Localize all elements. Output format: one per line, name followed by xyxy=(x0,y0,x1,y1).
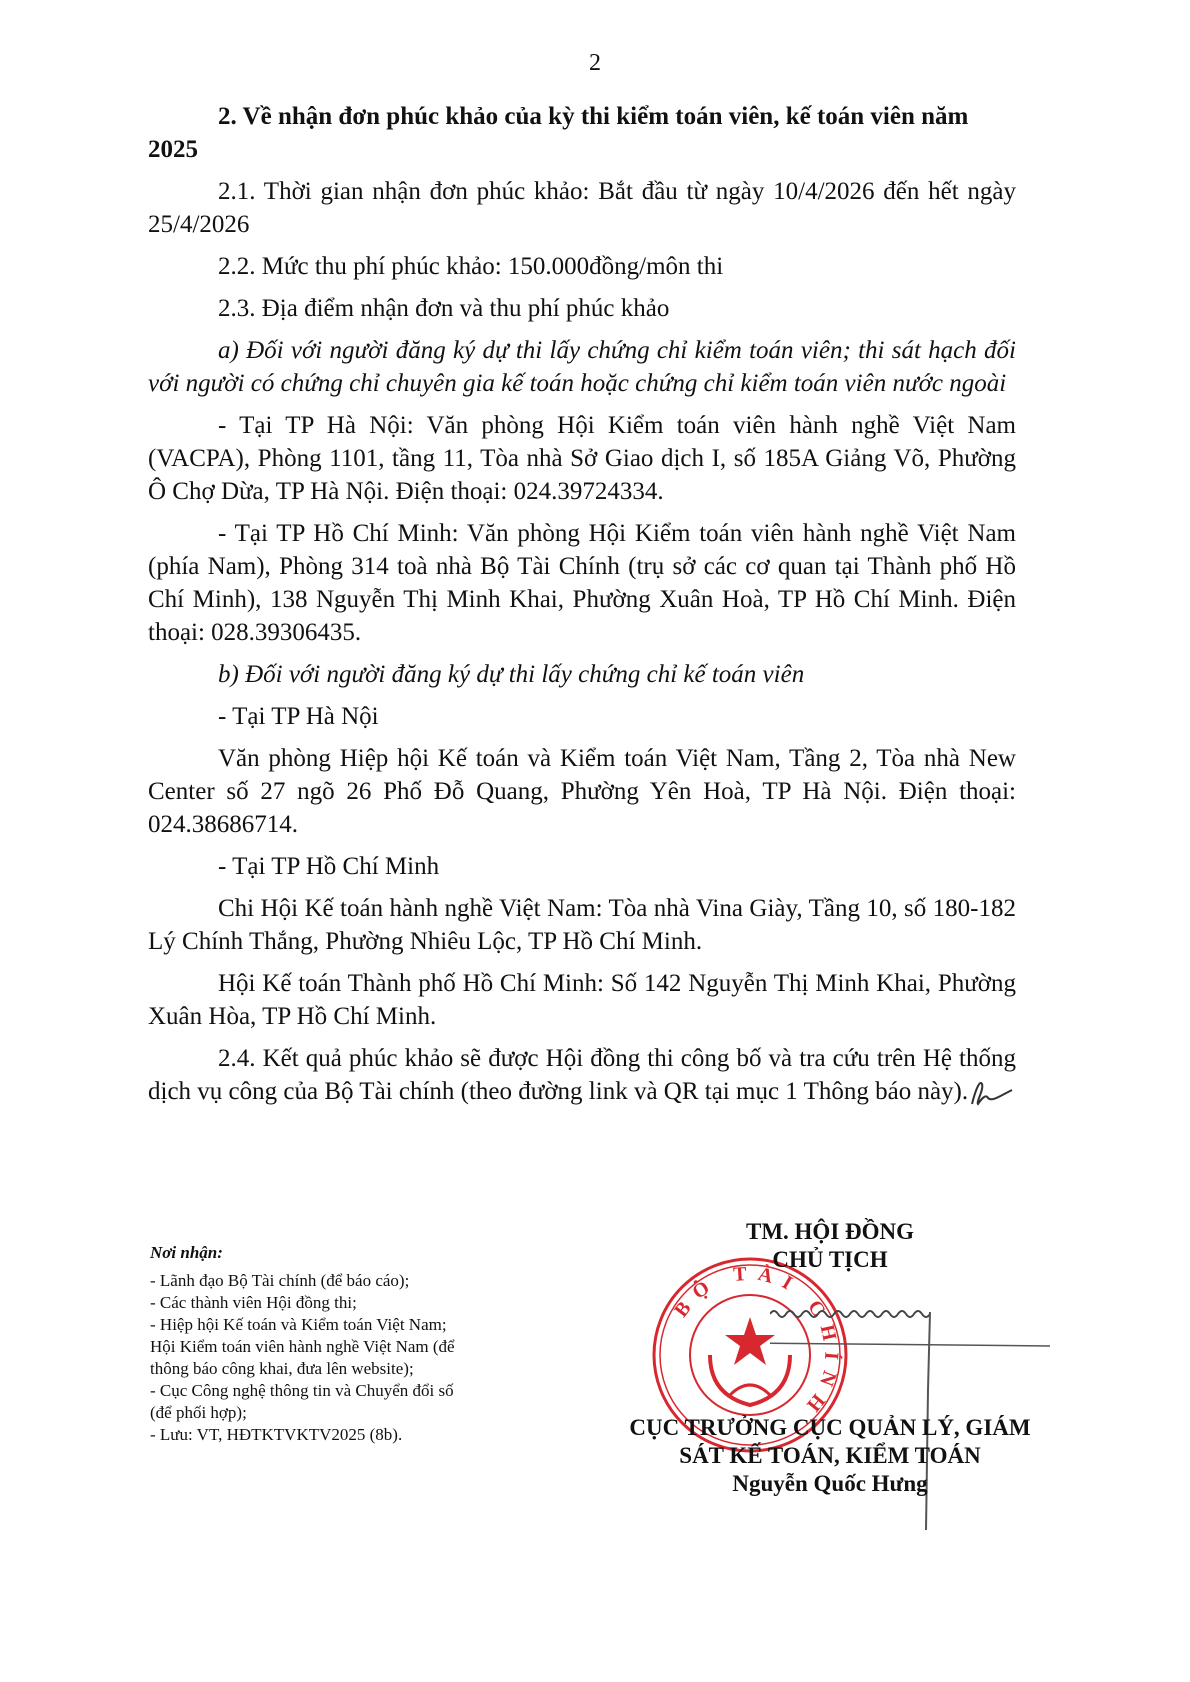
paragraph-2-2: 2.2. Mức thu phí phúc khảo: 150.000đồng/… xyxy=(148,250,1016,283)
subsection-a-hanoi: - Tại TP Hà Nội: Văn phòng Hội Kiểm toán… xyxy=(148,409,1016,508)
subsection-b-hcm-address-1: Chi Hội Kế toán hành nghề Việt Nam: Tòa … xyxy=(148,892,1016,958)
initials-signature-icon xyxy=(968,1078,1014,1108)
paragraph-2-3: 2.3. Địa điểm nhận đơn và thu phí phúc k… xyxy=(148,292,1016,325)
subsection-b-hcm-label: - Tại TP Hồ Chí Minh xyxy=(148,850,1016,883)
recipient-item: Hội Kiểm toán viên hành nghề Việt Nam (đ… xyxy=(150,1336,560,1358)
signer-title-line2: SÁT KẾ TOÁN, KIỂM TOÁN xyxy=(600,1442,1060,1470)
recipient-item: (để phối hợp); xyxy=(150,1402,560,1424)
recipient-item: thông báo công khai, đưa lên website); xyxy=(150,1358,560,1380)
section-heading-line1: 2. Về nhận đơn phúc khảo của kỳ thi kiểm… xyxy=(218,103,968,130)
recipient-item: - Hiệp hội Kế toán và Kiểm toán Việt Nam… xyxy=(150,1314,560,1336)
section-heading-year: 2025 xyxy=(148,133,1016,166)
signer-title-line1: CỤC TRƯỞNG CỤC QUẢN LÝ, GIÁM xyxy=(600,1414,1060,1442)
subsection-b-hcm-address-2: Hội Kế toán Thành phố Hồ Chí Minh: Số 14… xyxy=(148,967,1016,1033)
paragraph-2-4: 2.4. Kết quả phúc khảo sẽ được Hội đồng … xyxy=(148,1042,1016,1108)
signature-role: CHỦ TỊCH xyxy=(600,1246,1060,1274)
signer-name: Nguyễn Quốc Hưng xyxy=(600,1470,1060,1498)
page-number: 2 xyxy=(0,50,1190,77)
subsection-b-hanoi-address: Văn phòng Hiệp hội Kế toán và Kiểm toán … xyxy=(148,742,1016,841)
subsection-b-hanoi-label: - Tại TP Hà Nội xyxy=(148,700,1016,733)
paragraph-2-4-text: 2.4. Kết quả phúc khảo sẽ được Hội đồng … xyxy=(148,1045,1016,1105)
subsection-a-heading: a) Đối với người đăng ký dự thi lấy chứn… xyxy=(148,334,1016,400)
subsection-b-heading: b) Đối với người đăng ký dự thi lấy chứn… xyxy=(148,658,1016,691)
recipient-item: - Lãnh đạo Bộ Tài chính (để báo cáo); xyxy=(150,1270,560,1292)
recipients-list: Nơi nhận: - Lãnh đạo Bộ Tài chính (để bá… xyxy=(150,1242,560,1446)
document-body: 2. Về nhận đơn phúc khảo của kỳ thi kiểm… xyxy=(148,100,1016,1108)
section-heading: 2. Về nhận đơn phúc khảo của kỳ thi kiểm… xyxy=(148,100,1016,133)
paragraph-2-1: 2.1. Thời gian nhận đơn phúc khảo: Bắt đ… xyxy=(148,175,1016,241)
recipient-item: - Cục Công nghệ thông tin và Chuyển đổi … xyxy=(150,1380,560,1402)
subsection-a-hcm: - Tại TP Hồ Chí Minh: Văn phòng Hội Kiểm… xyxy=(148,517,1016,649)
recipient-item: - Lưu: VT, HĐTKTVKTV2025 (8b). xyxy=(150,1424,560,1446)
signature-on-behalf: TM. HỘI ĐỒNG xyxy=(600,1218,1060,1246)
recipient-item: - Các thành viên Hội đồng thi; xyxy=(150,1292,560,1314)
signature-block: TM. HỘI ĐỒNG CHỦ TỊCH CỤC TRƯỞNG CỤC QUẢ… xyxy=(600,1218,1060,1498)
recipients-title: Nơi nhận: xyxy=(150,1242,560,1264)
